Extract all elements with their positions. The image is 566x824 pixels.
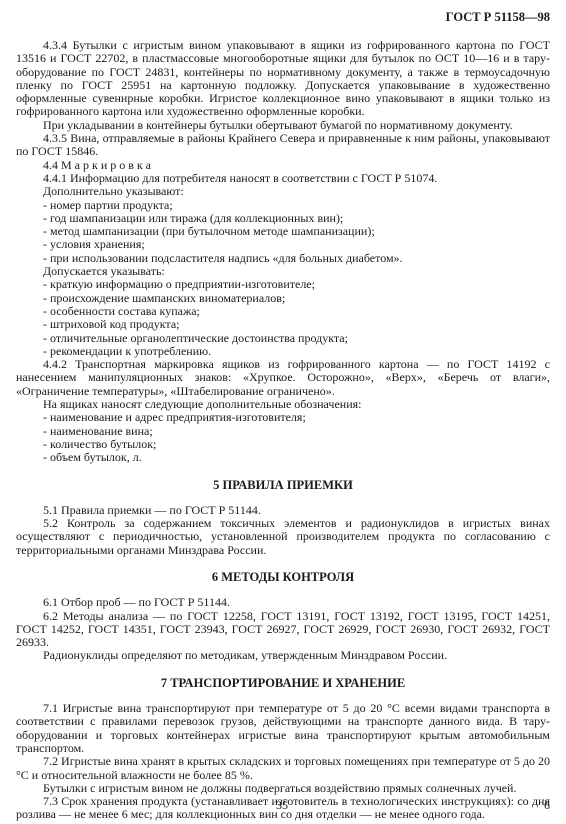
list-item: объем бутылок, л.: [16, 451, 550, 464]
list-item: количество бутылок;: [16, 438, 550, 451]
clause-6-2-note: Радионуклиды определяют по методикам, ут…: [16, 649, 550, 662]
clause-7-2-note: Бутылки с игристым вином не должны подве…: [16, 782, 550, 795]
section-6-heading: 6 МЕТОДЫ КОНТРОЛЯ: [16, 571, 550, 584]
sheet-number: 6: [544, 798, 550, 813]
list-item: происхождение шампанских виноматериалов;: [16, 292, 550, 305]
optional-info-list: краткую информацию о предприятии-изготов…: [16, 278, 550, 358]
clause-4-3-5: 4.3.5 Вина, отправляемые в районы Крайне…: [16, 132, 550, 159]
clause-4-4-number: 4.4: [43, 158, 58, 172]
clause-4-4-heading: 4.4 Маркировка: [16, 159, 550, 172]
clause-7-1: 7.1 Игристые вина транспортируют при тем…: [16, 702, 550, 755]
clause-5-1: 5.1 Правила приемки — по ГОСТ Р 51144.: [16, 504, 550, 517]
clause-5-2: 5.2 Контроль за содержанием токсичных эл…: [16, 517, 550, 557]
clause-7-2: 7.2 Игристые вина хранят в крытых складс…: [16, 755, 550, 782]
section-7-heading: 7 ТРАНСПОРТИРОВАНИЕ И ХРАНЕНИЕ: [16, 677, 550, 690]
required-info-list: номер партии продукта; год шампанизации …: [16, 199, 550, 265]
clause-4-4-title: Маркировка: [61, 158, 154, 172]
list-item: при использовании подсластителя надпись …: [16, 252, 550, 265]
clause-6-1: 6.1 Отбор проб — по ГОСТ Р 51144.: [16, 596, 550, 609]
list-item: особенности состава купажа;: [16, 305, 550, 318]
optional-info-intro: Допускается указывать:: [16, 265, 550, 278]
list-item: год шампанизации или тиража (для коллекц…: [16, 212, 550, 225]
clause-4-4-1: 4.4.1 Информацию для потребителя наносят…: [16, 172, 550, 185]
list-item: отличительные органолептические достоинс…: [16, 332, 550, 345]
list-item: краткую информацию о предприятии-изготов…: [16, 278, 550, 291]
list-item: рекомендации к употреблению.: [16, 345, 550, 358]
clause-4-4-2: 4.4.2 Транспортная маркировка ящиков из …: [16, 358, 550, 398]
list-item: метод шампанизации (при бутылочном метод…: [16, 225, 550, 238]
box-marking-intro: На ящиках наносят следующие дополнительн…: [16, 398, 550, 411]
list-item: штриховой код продукта;: [16, 318, 550, 331]
list-item: номер партии продукта;: [16, 199, 550, 212]
list-item: наименование вина;: [16, 425, 550, 438]
list-item: условия хранения;: [16, 238, 550, 251]
clause-6-2: 6.2 Методы анализа — по ГОСТ 12258, ГОСТ…: [16, 610, 550, 650]
box-marking-list: наименование и адрес предприятия-изготов…: [16, 411, 550, 464]
list-item: наименование и адрес предприятия-изготов…: [16, 411, 550, 424]
document-header-id: ГОСТ Р 51158—98: [446, 10, 550, 25]
clause-4-3-4-note: При укладывании в контейнеры бутылки обе…: [16, 119, 550, 132]
page-number: 35: [276, 798, 288, 813]
document-body: 4.3.4 Бутылки с игристым вином упаковыва…: [16, 39, 550, 822]
section-5-heading: 5 ПРАВИЛА ПРИЕМКИ: [16, 479, 550, 492]
clause-4-3-4: 4.3.4 Бутылки с игристым вином упаковыва…: [16, 39, 550, 119]
required-info-intro: Дополнительно указывают:: [16, 185, 550, 198]
